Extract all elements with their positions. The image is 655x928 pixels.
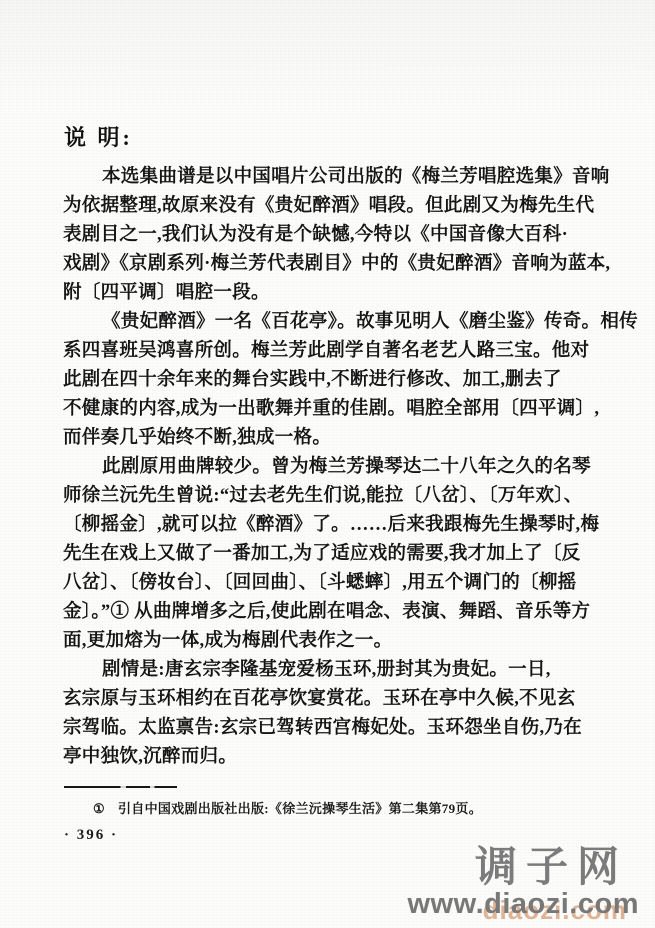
footnote-text: 引自中国戏剧出版社出版:《徐兰沅操琴生活》第二集第79页。 [118, 801, 482, 816]
watermark-site-url: www.diaozi.com [407, 888, 639, 920]
paragraph: 本选集曲谱是以中国唱片公司出版的《梅兰芳唱腔选集》音响 为依据整理,故原来没有《… [63, 163, 603, 308]
text-line: 此剧原用曲牌较少。曾为梅兰芳操琴达二十八年之久的名琴 [63, 453, 603, 482]
footnote: ①引自中国戏剧出版社出版:《徐兰沅操琴生活》第二集第79页。 [93, 798, 482, 817]
paragraph: 剧情是:唐玄宗李隆基宠爱杨玉环,册封其为贵妃。一日, 玄宗原与玉环相约在百花亭饮… [63, 656, 603, 772]
paragraph: 此剧原用曲牌较少。曾为梅兰芳操琴达二十八年之久的名琴 师徐兰沅先生曾说:“过去老… [63, 453, 603, 656]
text-line: 本选集曲谱是以中国唱片公司出版的《梅兰芳唱腔选集》音响 [63, 163, 603, 192]
text-line: 宗驾临。太监禀告:玄宗已驾转西宫梅妃处。玉环怨坐自伤,乃在 [63, 714, 603, 743]
text-line: 金〕。”① 从曲牌增多之后,使此剧在唱念、表演、舞蹈、音乐等方 [63, 598, 603, 627]
text-line: 系四喜班吴鸿喜所创。梅兰芳此剧学自著名老艺人路三宝。他对 [63, 337, 603, 366]
text-line: 表剧目之一,我们认为没有是个缺憾,今特以《中国音像大百科· [63, 221, 603, 250]
text-line: 此剧在四十余年来的舞台实践中,不断进行修改、加工,删去了 [63, 366, 603, 395]
watermark-site-name: 调子网 [407, 846, 628, 888]
text-line: 为依据整理,故原来没有《贵妃醉酒》唱段。但此剧又为梅先生代 [63, 192, 603, 221]
text-line: 先生在戏上又做了一番加工,为了适应戏的需要,我才加上了〔反 [63, 540, 603, 569]
text-line: 亭中独饮,沉醉而归。 [63, 743, 603, 772]
paragraph: 《贵妃醉酒》一名《百花亭》。故事见明人《磨尘鉴》传奇。相传 系四喜班吴鸿喜所创。… [63, 308, 603, 453]
watermark: 调子网 diaozi.com www.diaozi.com [407, 846, 639, 922]
scanned-book-page: 说 明: 本选集曲谱是以中国唱片公司出版的《梅兰芳唱腔选集》音响 为依据整理,故… [0, 0, 655, 928]
text-line: 八岔〕、〔傍妆台〕、〔回回曲〕、〔斗蟋蟀〕,用五个调门的〔柳摇 [63, 569, 603, 598]
text-line: 附〔四平调〕唱腔一段。 [63, 279, 603, 308]
text-line: 而伴奏几乎始终不断,独成一格。 [63, 424, 603, 453]
text-line: 《贵妃醉酒》一名《百花亭》。故事见明人《磨尘鉴》传奇。相传 [63, 308, 603, 337]
footnote-divider [64, 786, 177, 788]
footnote-marker: ① [93, 801, 105, 816]
page-number: · 396 · [64, 827, 118, 844]
text-line: 〔柳摇金〕,就可以拉《醉酒》了。……后来我跟梅先生操琴时,梅 [63, 511, 603, 540]
text-line: 剧情是:唐玄宗李隆基宠爱杨玉环,册封其为贵妃。一日, [63, 656, 603, 685]
text-line: 戏剧》《京剧系列·梅兰芳代表剧目》中的《贵妃醉酒》音响为蓝本, [63, 250, 603, 279]
watermark-url-wrap: diaozi.com www.diaozi.com [407, 890, 639, 922]
text-line: 玄宗原与玉环相约在百花亭饮宴赏花。玉环在亭中久候,不见玄 [63, 685, 603, 714]
text-line: 面,更加熔为一体,成为梅剧代表作之一。 [63, 627, 603, 656]
page-title: 说 明: [64, 121, 133, 152]
text-line: 师徐兰沅先生曾说:“过去老先生们说,能拉〔八岔〕、〔万年欢〕、 [63, 482, 603, 511]
body-text: 本选集曲谱是以中国唱片公司出版的《梅兰芳唱腔选集》音响 为依据整理,故原来没有《… [63, 163, 603, 772]
text-line: 不健康的内容,成为一出歌舞并重的佳剧。唱腔全部用〔四平调〕, [63, 395, 603, 424]
